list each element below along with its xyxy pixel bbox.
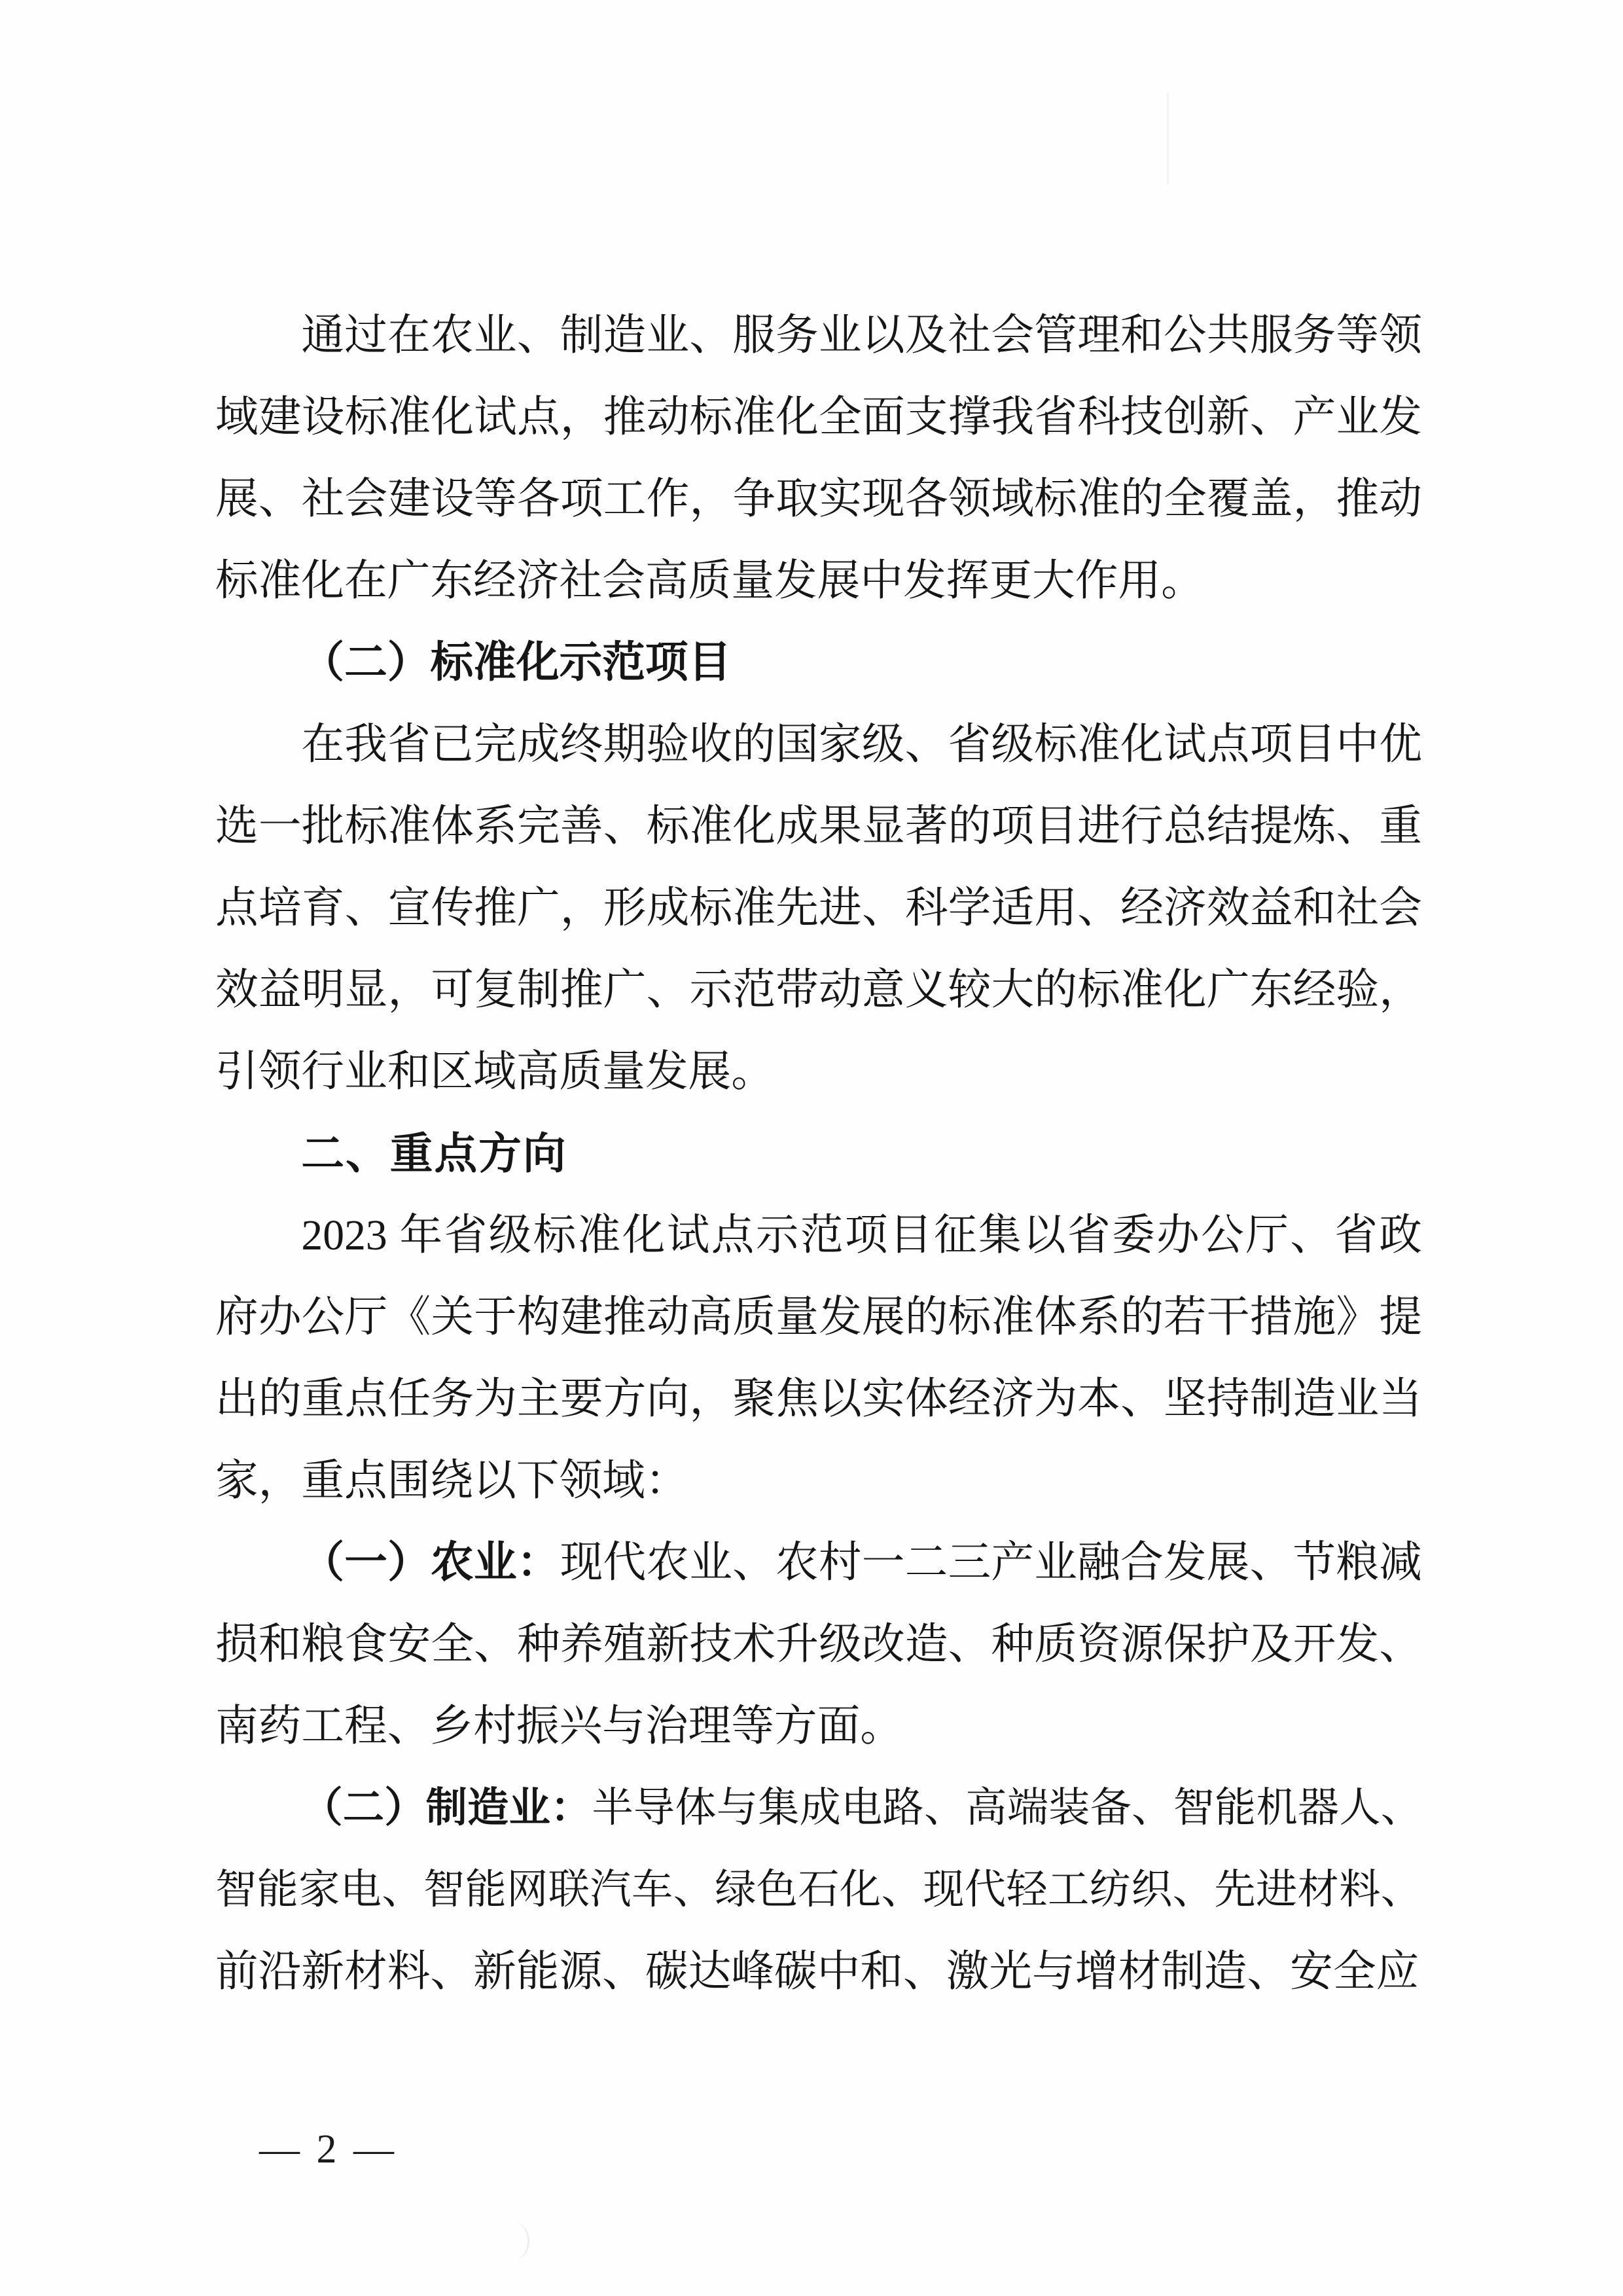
paragraph-text: 现代农业、农村一二三产业融合发展、节粮减 — [560, 1539, 1422, 1587]
paragraph-line: 在我省已完成终期验收的国家级、省级标准化试点项目中优 — [215, 704, 1422, 785]
paragraph-line: 引领行业和区域高质量发展。 — [215, 1031, 1422, 1113]
paragraph-line: 家，重点围绕以下领域： — [215, 1440, 1422, 1522]
paragraph-line: 前沿新材料、新能源、碳达峰碳中和、激光与增材制造、安全应 — [215, 1931, 1422, 2013]
paragraph-line-manufacturing: （二）制造业：半导体与集成电路、高端装备、智能机器人、 — [215, 1767, 1422, 1849]
paragraph-line: 府办公厅《关于构建推动高质量发展的标准体系的若干措施》提 — [215, 1276, 1422, 1358]
paragraph-line: 点培育、宣传推广，形成标准先进、科学适用、经济效益和社会 — [215, 867, 1422, 949]
paragraph-line: 2023 年省级标准化试点示范项目征集以省委办公厅、省政 — [215, 1194, 1422, 1276]
paragraph-line: 通过在农业、制造业、服务业以及社会管理和公共服务等领 — [215, 295, 1422, 376]
paragraph-line: 域建设标准化试点，推动标准化全面支撑我省科技创新、产业发 — [215, 376, 1422, 458]
subheading-standardization-demo-projects: （二）标准化示范项目 — [215, 622, 1422, 704]
paragraph-line: 智能家电、智能网联汽车、绿色石化、现代轻工纺织、先进材料、 — [215, 1849, 1422, 1931]
paragraph-line: 展、社会建设等各项工作，争取实现各领域标准的全覆盖，推动 — [215, 458, 1422, 540]
document-page: 通过在农业、制造业、服务业以及社会管理和公共服务等领 域建设标准化试点，推动标准… — [0, 0, 1623, 2296]
lead-label-agriculture: （一）农业： — [301, 1539, 560, 1587]
section-heading-key-directions: 二、重点方向 — [215, 1113, 1422, 1194]
paragraph-text: 半导体与集成电路、高端装备、智能机器人、 — [592, 1785, 1422, 1831]
text-column: 通过在农业、制造业、服务业以及社会管理和公共服务等领 域建设标准化试点，推动标准… — [215, 295, 1422, 2013]
page-number: — 2 — — [259, 2126, 394, 2173]
paragraph-line: 出的重点任务为主要方向，聚焦以实体经济为本、坚持制造业当 — [215, 1358, 1422, 1440]
paragraph-line: 效益明显，可复制推广、示范带动意义较大的标准化广东经验， — [215, 949, 1422, 1031]
paragraph-line-agriculture: （一）农业：现代农业、农村一二三产业融合发展、节粮减 — [215, 1522, 1422, 1604]
paragraph-line: 南药工程、乡村振兴与治理等方面。 — [215, 1685, 1422, 1767]
paragraph-line: 选一批标准体系完善、标准化成果显著的项目进行总结提炼、重 — [215, 785, 1422, 867]
scan-artifact-line — [1167, 93, 1169, 185]
paragraph-line: 损和粮食安全、种养殖新技术升级改造、种质资源保护及开发、 — [215, 1604, 1422, 1685]
scan-artifact-arc — [504, 2222, 529, 2260]
lead-label-manufacturing: （二）制造业： — [301, 1785, 592, 1831]
paragraph-line: 标准化在广东经济社会高质量发展中发挥更大作用。 — [215, 540, 1422, 622]
